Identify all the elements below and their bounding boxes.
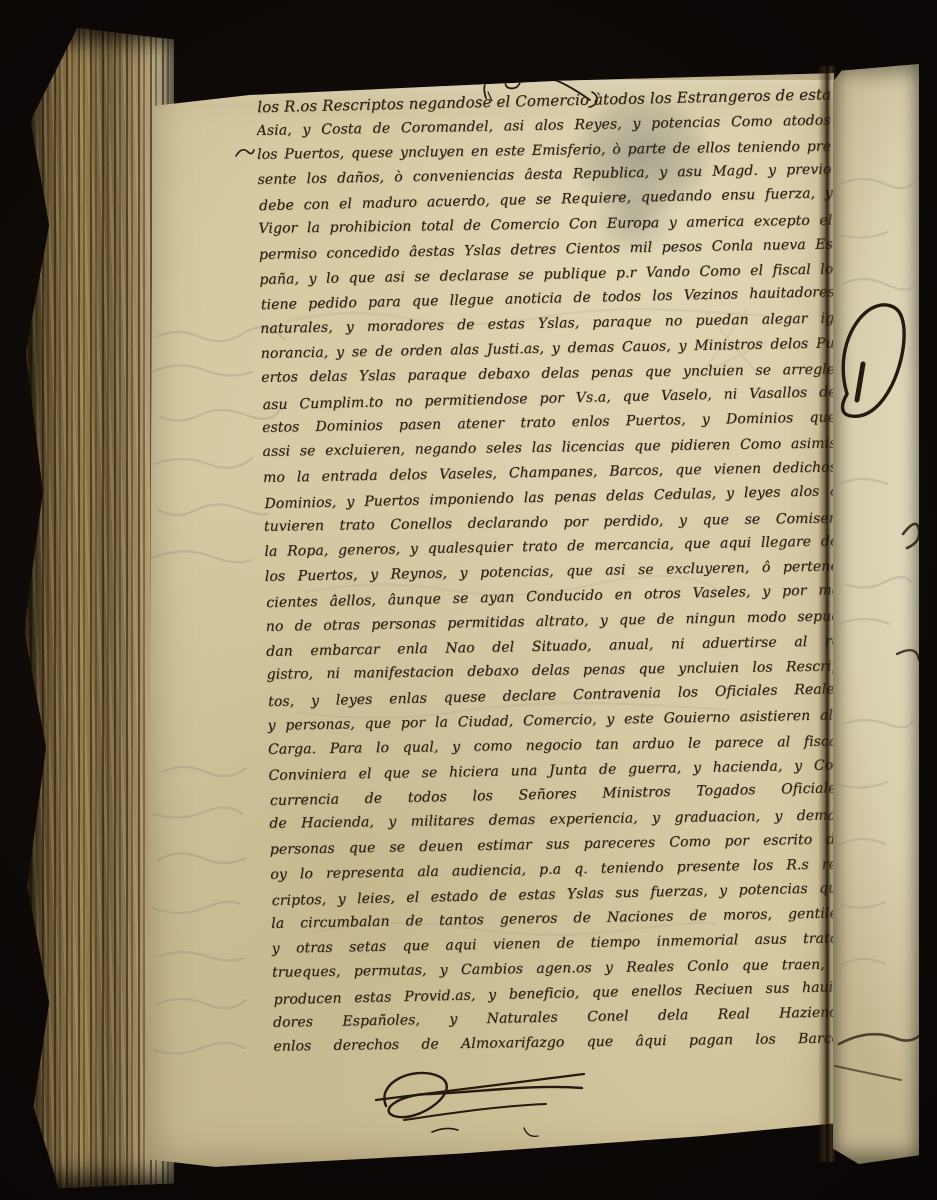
manuscript-text-block: los R.os Rescriptos negandose el Comerci… [256,83,848,1060]
next-page-edge [833,64,919,1164]
signature-rubric-icon [374,1062,604,1140]
manuscript-page: los R.os Rescriptos negandose el Comerci… [146,72,838,1168]
margin-mark-icon [234,144,256,160]
manuscript-photo: los R.os Rescriptos negandose el Comerci… [0,0,937,1200]
next-page-ink [833,64,919,1164]
